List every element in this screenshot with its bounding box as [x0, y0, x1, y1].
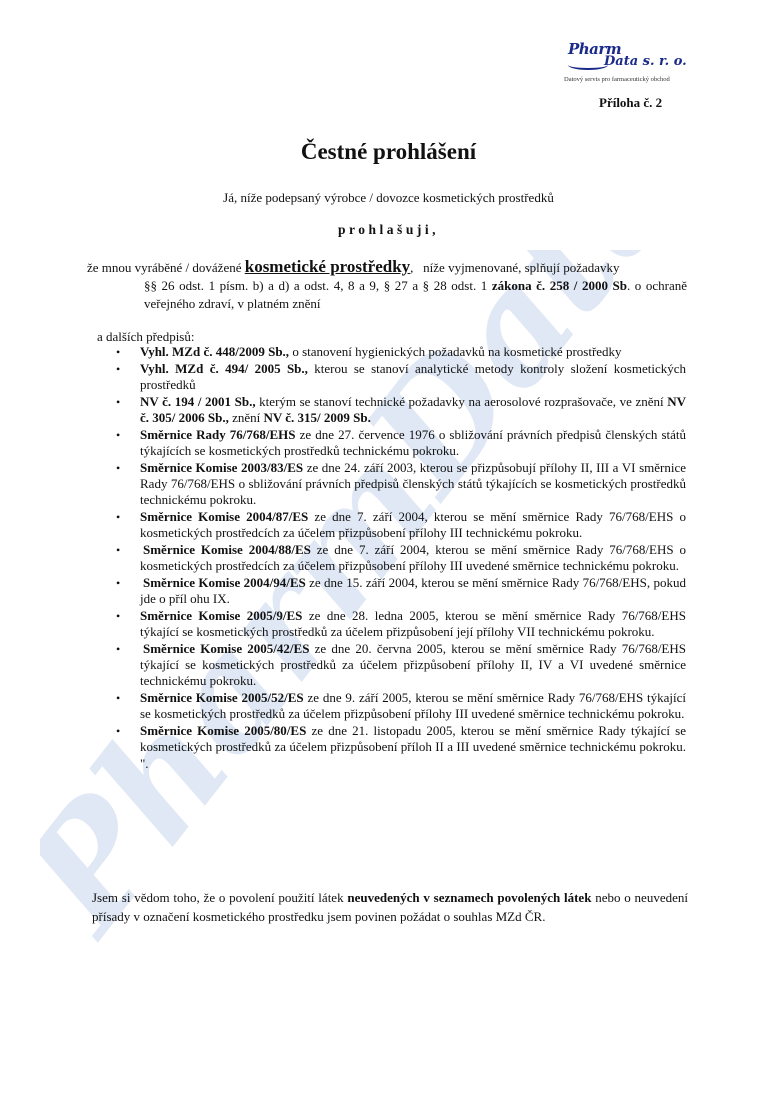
para-sections: §§ 26 odst. 1 písm. b) a d) a odst. 4, 8… — [144, 278, 492, 293]
bullet-icon: • — [116, 608, 120, 624]
regulation-text: o stanovení hygienických požadavků na ko… — [289, 344, 622, 359]
compliance-paragraph: že mnou vyráběné / dovážené kosmetické p… — [87, 258, 687, 313]
bullet-icon: • — [116, 575, 120, 591]
regulation-title: Vyhl. MZd č. 448/2009 Sb., — [140, 344, 289, 359]
regulation-title: Směrnice Komise 2004/94/ES — [140, 575, 306, 590]
bullet-icon: • — [116, 427, 120, 443]
regulation-item: •Vyhl. MZd č. 494/ 2005 Sb., kterou se s… — [110, 361, 686, 393]
cosmetics-emphasis: kosmetické prostředky — [245, 257, 410, 276]
bullet-icon: • — [116, 542, 120, 558]
regulation-title: Směrnice Komise 2005/42/ES — [140, 641, 309, 656]
regulation-title: Směrnice Komise 2005/80/ES — [140, 723, 306, 738]
other-regulations-label: a dalších předpisů: — [97, 329, 194, 345]
bullet-icon: • — [116, 723, 120, 739]
regulation-title: Směrnice Komise 2005/9/ES — [140, 608, 302, 623]
closing-part1: Jsem si vědom toho, že o povolení použit… — [92, 890, 347, 905]
bullet-icon: • — [116, 394, 120, 410]
regulation-title: NV č. 194 / 2001 Sb., — [140, 394, 256, 409]
regulation-item: •Vyhl. MZd č. 448/2009 Sb., o stanovení … — [110, 344, 686, 360]
law-reference: zákona č. 258 / 2000 Sb — [492, 278, 627, 293]
pharmdata-logo: Pharm Data s. r. o. Datový servis pro fa… — [562, 42, 690, 90]
bullet-icon: • — [116, 509, 120, 525]
closing-paragraph: Jsem si vědom toho, že o povolení použit… — [92, 888, 688, 926]
para-after-emphasis: , níže vyjmenované, splňují požadavky — [410, 260, 619, 275]
regulation-item: •Směrnice Komise 2005/9/ES ze dne 28. le… — [110, 608, 686, 640]
para-prefix: že mnou vyráběné / dovážené — [87, 260, 245, 275]
document-title: Čestné prohlášení — [0, 139, 777, 165]
regulation-item: •Směrnice Komise 2003/83/ES ze dne 24. z… — [110, 460, 686, 509]
regulation-item: •Směrnice Komise 2004/87/ES ze dne 7. zá… — [110, 509, 686, 541]
regulation-amendment: NV č. 315/ 2009 Sb. — [264, 410, 371, 425]
regulation-item: •Směrnice Komise 2004/94/ES ze dne 15. z… — [110, 575, 686, 607]
logo-swoosh-icon — [568, 60, 608, 70]
intro-line: Já, níže podepsaný výrobce / dovozce kos… — [0, 190, 777, 206]
bullet-icon: • — [116, 690, 120, 706]
regulation-title: Směrnice Komise 2005/52/ES — [140, 690, 304, 705]
regulation-title: Směrnice Komise 2004/88/ES — [140, 542, 311, 557]
regulation-title: Směrnice Rady 76/768/EHS — [140, 427, 296, 442]
regulations-list: •Vyhl. MZd č. 448/2009 Sb., o stanovení … — [110, 344, 686, 772]
regulation-text: kterým se stanoví technické požadavky na… — [256, 394, 668, 409]
bullet-icon: • — [116, 361, 120, 377]
logo-data-text: Data s. r. o. — [604, 54, 687, 69]
regulation-item: •Směrnice Rady 76/768/EHS ze dne 27. čer… — [110, 427, 686, 459]
regulation-item: •Směrnice Komise 2005/42/ES ze dne 20. č… — [110, 641, 686, 690]
bullet-icon: • — [116, 344, 120, 360]
regulation-item: •Směrnice Komise 2004/88/ES ze dne 7. zá… — [110, 542, 686, 574]
logo-tagline: Datový servis pro farmaceutický obchod — [564, 76, 670, 83]
regulation-title: Směrnice Komise 2003/83/ES — [140, 460, 303, 475]
declaration-word: prohlašuji, — [0, 222, 777, 238]
attachment-label: Příloha č. 2 — [599, 95, 662, 111]
regulation-item: •Směrnice Komise 2005/80/ES ze dne 21. l… — [110, 723, 686, 772]
bullet-icon: • — [116, 460, 120, 476]
regulation-text: znění — [229, 410, 264, 425]
regulation-title: Vyhl. MZd č. 494/ 2005 Sb., — [140, 361, 308, 376]
bullet-icon: • — [116, 641, 120, 657]
closing-bold: neuvedených v seznamech povolených látek — [347, 890, 591, 905]
regulation-title: Směrnice Komise 2004/87/ES — [140, 509, 308, 524]
regulation-item: •Směrnice Komise 2005/52/ES ze dne 9. zá… — [110, 690, 686, 722]
regulation-item: •NV č. 194 / 2001 Sb., kterým se stanoví… — [110, 394, 686, 426]
